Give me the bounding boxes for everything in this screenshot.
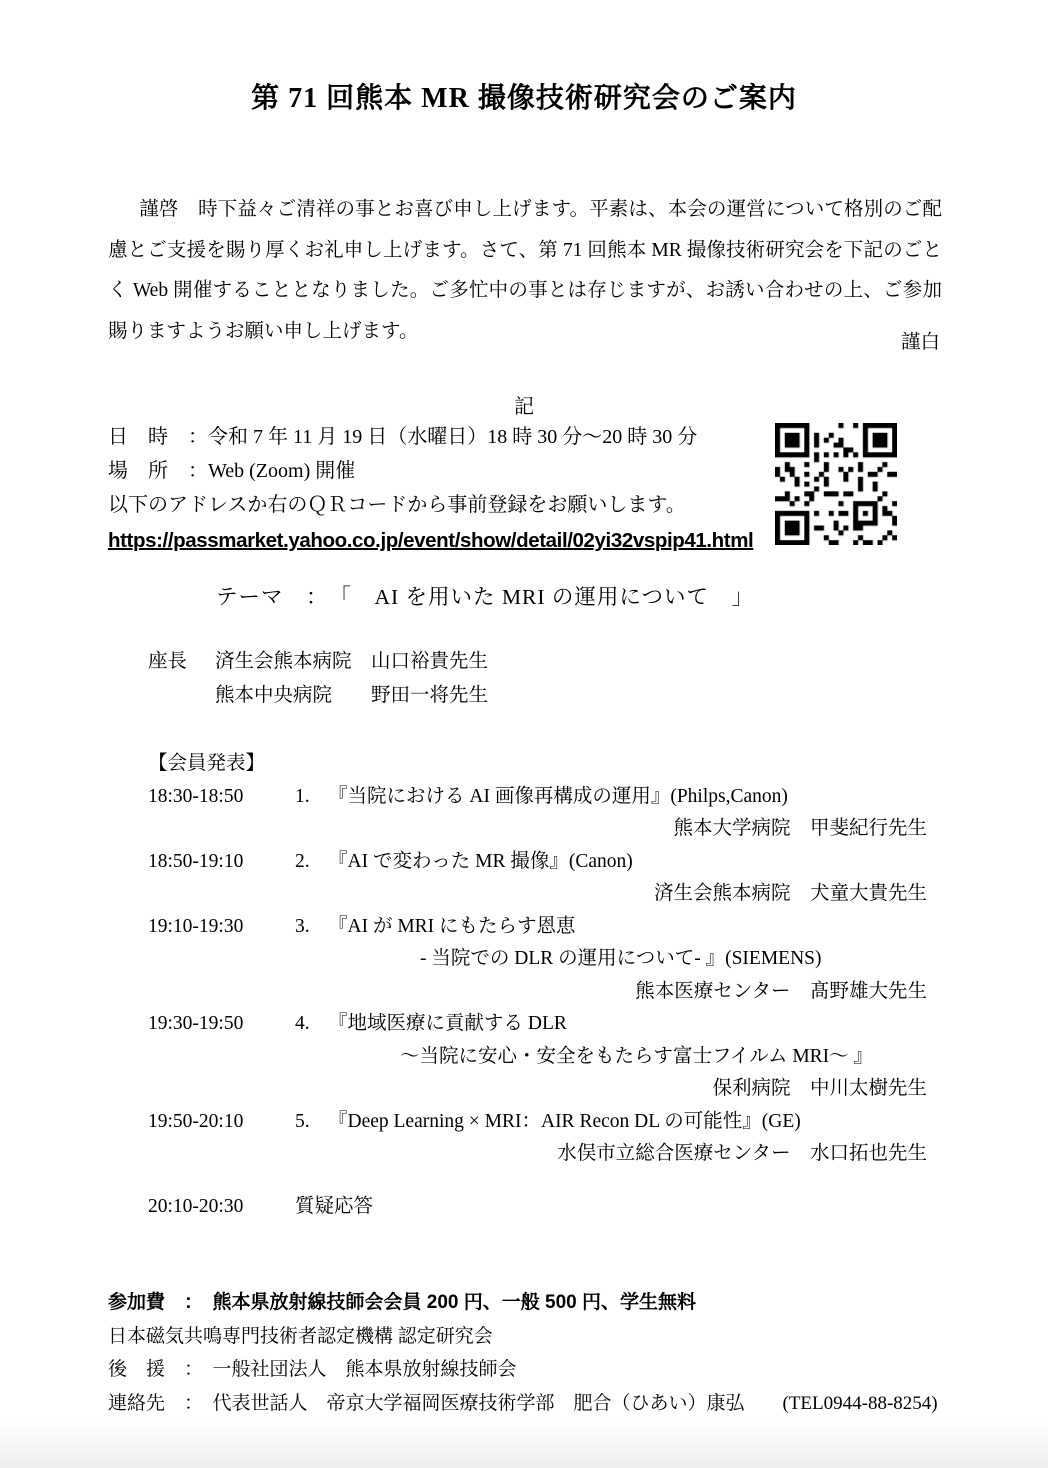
- chairs-label-spacer: [108, 679, 215, 713]
- qr-code: [775, 423, 897, 545]
- chair-entry: 済生会熊本病院 山口裕貴先生: [215, 645, 488, 679]
- program-time: 19:10-19:30: [108, 911, 295, 944]
- program-presenter: 熊本医療センター 髙野雄大先生: [108, 976, 942, 1009]
- qa-row: 20:10-20:30 質疑応答: [108, 1191, 942, 1224]
- program-number: 2.: [295, 846, 328, 879]
- program-number: 5.: [295, 1106, 328, 1139]
- program-time: 19:50-20:10: [108, 1106, 295, 1139]
- program-line: 19:50-20:10 5. 『Deep Learning × MRI：AIR …: [108, 1106, 942, 1139]
- program-header: 【会員発表】: [108, 748, 942, 781]
- program-number: 3.: [295, 911, 328, 944]
- theme-line: テーマ ： 「 AI を用いた MRI の運用について 」: [216, 580, 754, 611]
- footer-block: 参加費 ： 熊本県放射線技師会会員 200 円、一般 500 円、学生無料 日本…: [108, 1286, 942, 1420]
- program-presenter: 水俣市立総合医療センター 水口拓也先生: [108, 1138, 942, 1171]
- certification-line: 日本磁気共鳴専門技術者認定機構 認定研究会: [108, 1320, 942, 1354]
- program-title: 『Deep Learning × MRI：AIR Recon DL の可能性』(…: [328, 1106, 942, 1139]
- program-item: 18:50-19:10 2. 『AI で変わった MR 撮像』(Canon) 済…: [108, 846, 942, 911]
- program-title: 『地域医療に貢献する DLR: [328, 1008, 942, 1041]
- program-subtitle: - 当院での DLR の運用について- 』(SIEMENS): [108, 943, 942, 976]
- document-page: 第 71 回熊本 MR 撮像技術研究会のご案内 謹啓 時下益々ご清祥の事とお喜び…: [0, 0, 1048, 1468]
- program-time: 18:50-19:10: [108, 846, 295, 879]
- program-presenter: 熊本大学病院 甲斐紀行先生: [108, 813, 942, 846]
- program-item: 19:30-19:50 4. 『地域医療に貢献する DLR ～当院に安心・安全を…: [108, 1008, 942, 1106]
- program-title: 『AI で変わった MR 撮像』(Canon): [328, 846, 942, 879]
- place-line: 場 所 ：Web (Zoom) 開催: [108, 454, 808, 488]
- program-item: 19:10-19:30 3. 『AI が MRI にもたらす恩恵 - 当院での …: [108, 911, 942, 1009]
- chair-row: 座長 済生会熊本病院 山口裕貴先生: [108, 645, 808, 679]
- date-line: 日 時 ：令和 7 年 11 月 19 日（水曜日）18 時 30 分～20 時…: [108, 420, 808, 454]
- program-line: 19:10-19:30 3. 『AI が MRI にもたらす恩恵: [108, 911, 942, 944]
- register-instruction: 以下のアドレスか右のＱＲコードから事前登録をお願いします。: [108, 488, 808, 522]
- program-number: 4.: [295, 1008, 328, 1041]
- chair-row: 熊本中央病院 野田一将先生: [108, 679, 808, 713]
- record-mark: 記: [0, 390, 1048, 419]
- program-title: 『当院における AI 画像再構成の運用』(Philps,Canon): [328, 781, 942, 814]
- program-subtitle: ～当院に安心・安全をもたらす富士フイルム MRI～ 』: [108, 1041, 942, 1074]
- program-presenter: 済生会熊本病院 犬童大貴先生: [108, 878, 942, 911]
- program-time: 19:30-19:50: [108, 1008, 295, 1041]
- qa-label: 質疑応答: [295, 1191, 373, 1224]
- qa-time: 20:10-20:30: [108, 1191, 295, 1224]
- chairs-label: 座長: [108, 645, 215, 679]
- fee-line: 参加費 ： 熊本県放射線技師会会員 200 円、一般 500 円、学生無料: [108, 1286, 942, 1320]
- registration-url-link[interactable]: https://passmarket.yahoo.co.jp/event/sho…: [108, 524, 753, 558]
- program-number: 1.: [295, 781, 328, 814]
- closing-salutation: 謹白: [901, 326, 940, 354]
- program-time: 18:30-18:50: [108, 781, 295, 814]
- program-title: 『AI が MRI にもたらす恩恵: [328, 911, 942, 944]
- program-presenter: 保利病院 中川太樹先生: [108, 1073, 942, 1106]
- program-line: 18:30-18:50 1. 『当院における AI 画像再構成の運用』(Phil…: [108, 781, 942, 814]
- program-line: 18:50-19:10 2. 『AI で変わった MR 撮像』(Canon): [108, 846, 942, 879]
- program-block: 【会員発表】 18:30-18:50 1. 『当院における AI 画像再構成の運…: [108, 748, 942, 1223]
- contact-line: 連絡先 ： 代表世話人 帝京大学福岡医療技術学部 肥合（ひあい）康弘 (TEL0…: [108, 1387, 942, 1421]
- greeting-paragraph: 謹啓 時下益々ご清祥の事とお喜び申し上げます。平素は、本会の運営について格別のご…: [108, 190, 942, 352]
- chair-entry: 熊本中央病院 野田一将先生: [215, 679, 488, 713]
- support-line: 後 援 ： 一般社団法人 熊本県放射線技師会: [108, 1353, 942, 1387]
- page-bottom-shadow: [0, 1420, 1048, 1468]
- page-title: 第 71 回熊本 MR 撮像技術研究会のご案内: [0, 76, 1048, 116]
- event-details: 日 時 ：令和 7 年 11 月 19 日（水曜日）18 時 30 分～20 時…: [108, 420, 808, 558]
- chairs-block: 座長 済生会熊本病院 山口裕貴先生 熊本中央病院 野田一将先生: [108, 645, 808, 713]
- program-item: 18:30-18:50 1. 『当院における AI 画像再構成の運用』(Phil…: [108, 781, 942, 846]
- program-line: 19:30-19:50 4. 『地域医療に貢献する DLR: [108, 1008, 942, 1041]
- program-item: 19:50-20:10 5. 『Deep Learning × MRI：AIR …: [108, 1106, 942, 1171]
